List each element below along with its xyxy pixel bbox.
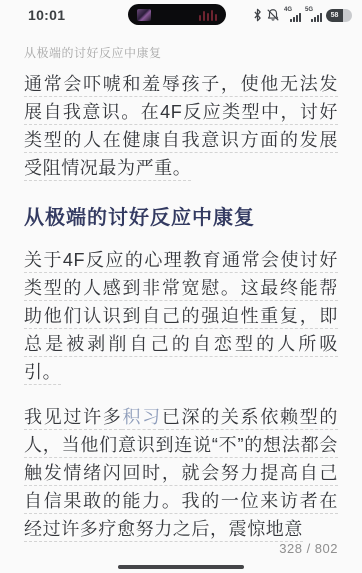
paragraph-3-text: 我见过许多 <box>24 407 122 427</box>
section-heading: 从极端的讨好反应中康复 <box>24 201 338 230</box>
status-icons: 4G 5G 58 <box>253 6 352 24</box>
bluetooth-icon <box>253 8 262 22</box>
signal-4g-icon: 4G <box>284 8 301 23</box>
battery-percent: 58 <box>331 12 339 19</box>
paragraph-2: 关于4F反应的心理教育通常会使讨好类型的人感到非常宽慰。这最终能帮助他们认识到自… <box>24 246 338 386</box>
island-app-icon <box>137 9 151 21</box>
gesture-bar[interactable] <box>118 565 244 569</box>
paragraph-3: 我见过许多积习已深的关系依赖型的人，当他们意识到连说“不”的想法都会触发情绪闪回… <box>24 403 338 543</box>
status-bar: 10:01 4G 5G 58 <box>0 0 362 30</box>
reader-page[interactable]: 从极端的讨好反应中康复 通常会吓唬和羞辱孩子，使他无法发展自我意识。在4F反应类… <box>0 30 362 573</box>
camera-island <box>128 4 226 25</box>
clock: 10:01 <box>28 7 65 23</box>
notifications-muted-icon <box>266 8 280 22</box>
running-header: 从极端的讨好反应中康复 <box>24 44 338 61</box>
signal-5g-icon: 5G <box>305 8 322 23</box>
page-indicator: 328 / 802 <box>279 541 338 556</box>
recording-activity-bars-icon <box>199 9 217 21</box>
link-word[interactable]: 积习 <box>122 407 161 427</box>
battery-icon: 58 <box>326 9 352 22</box>
paragraph-1: 通常会吓唬和羞辱孩子，使他无法发展自我意识。在4F反应类型中，讨好类型的人在健康… <box>24 70 338 182</box>
